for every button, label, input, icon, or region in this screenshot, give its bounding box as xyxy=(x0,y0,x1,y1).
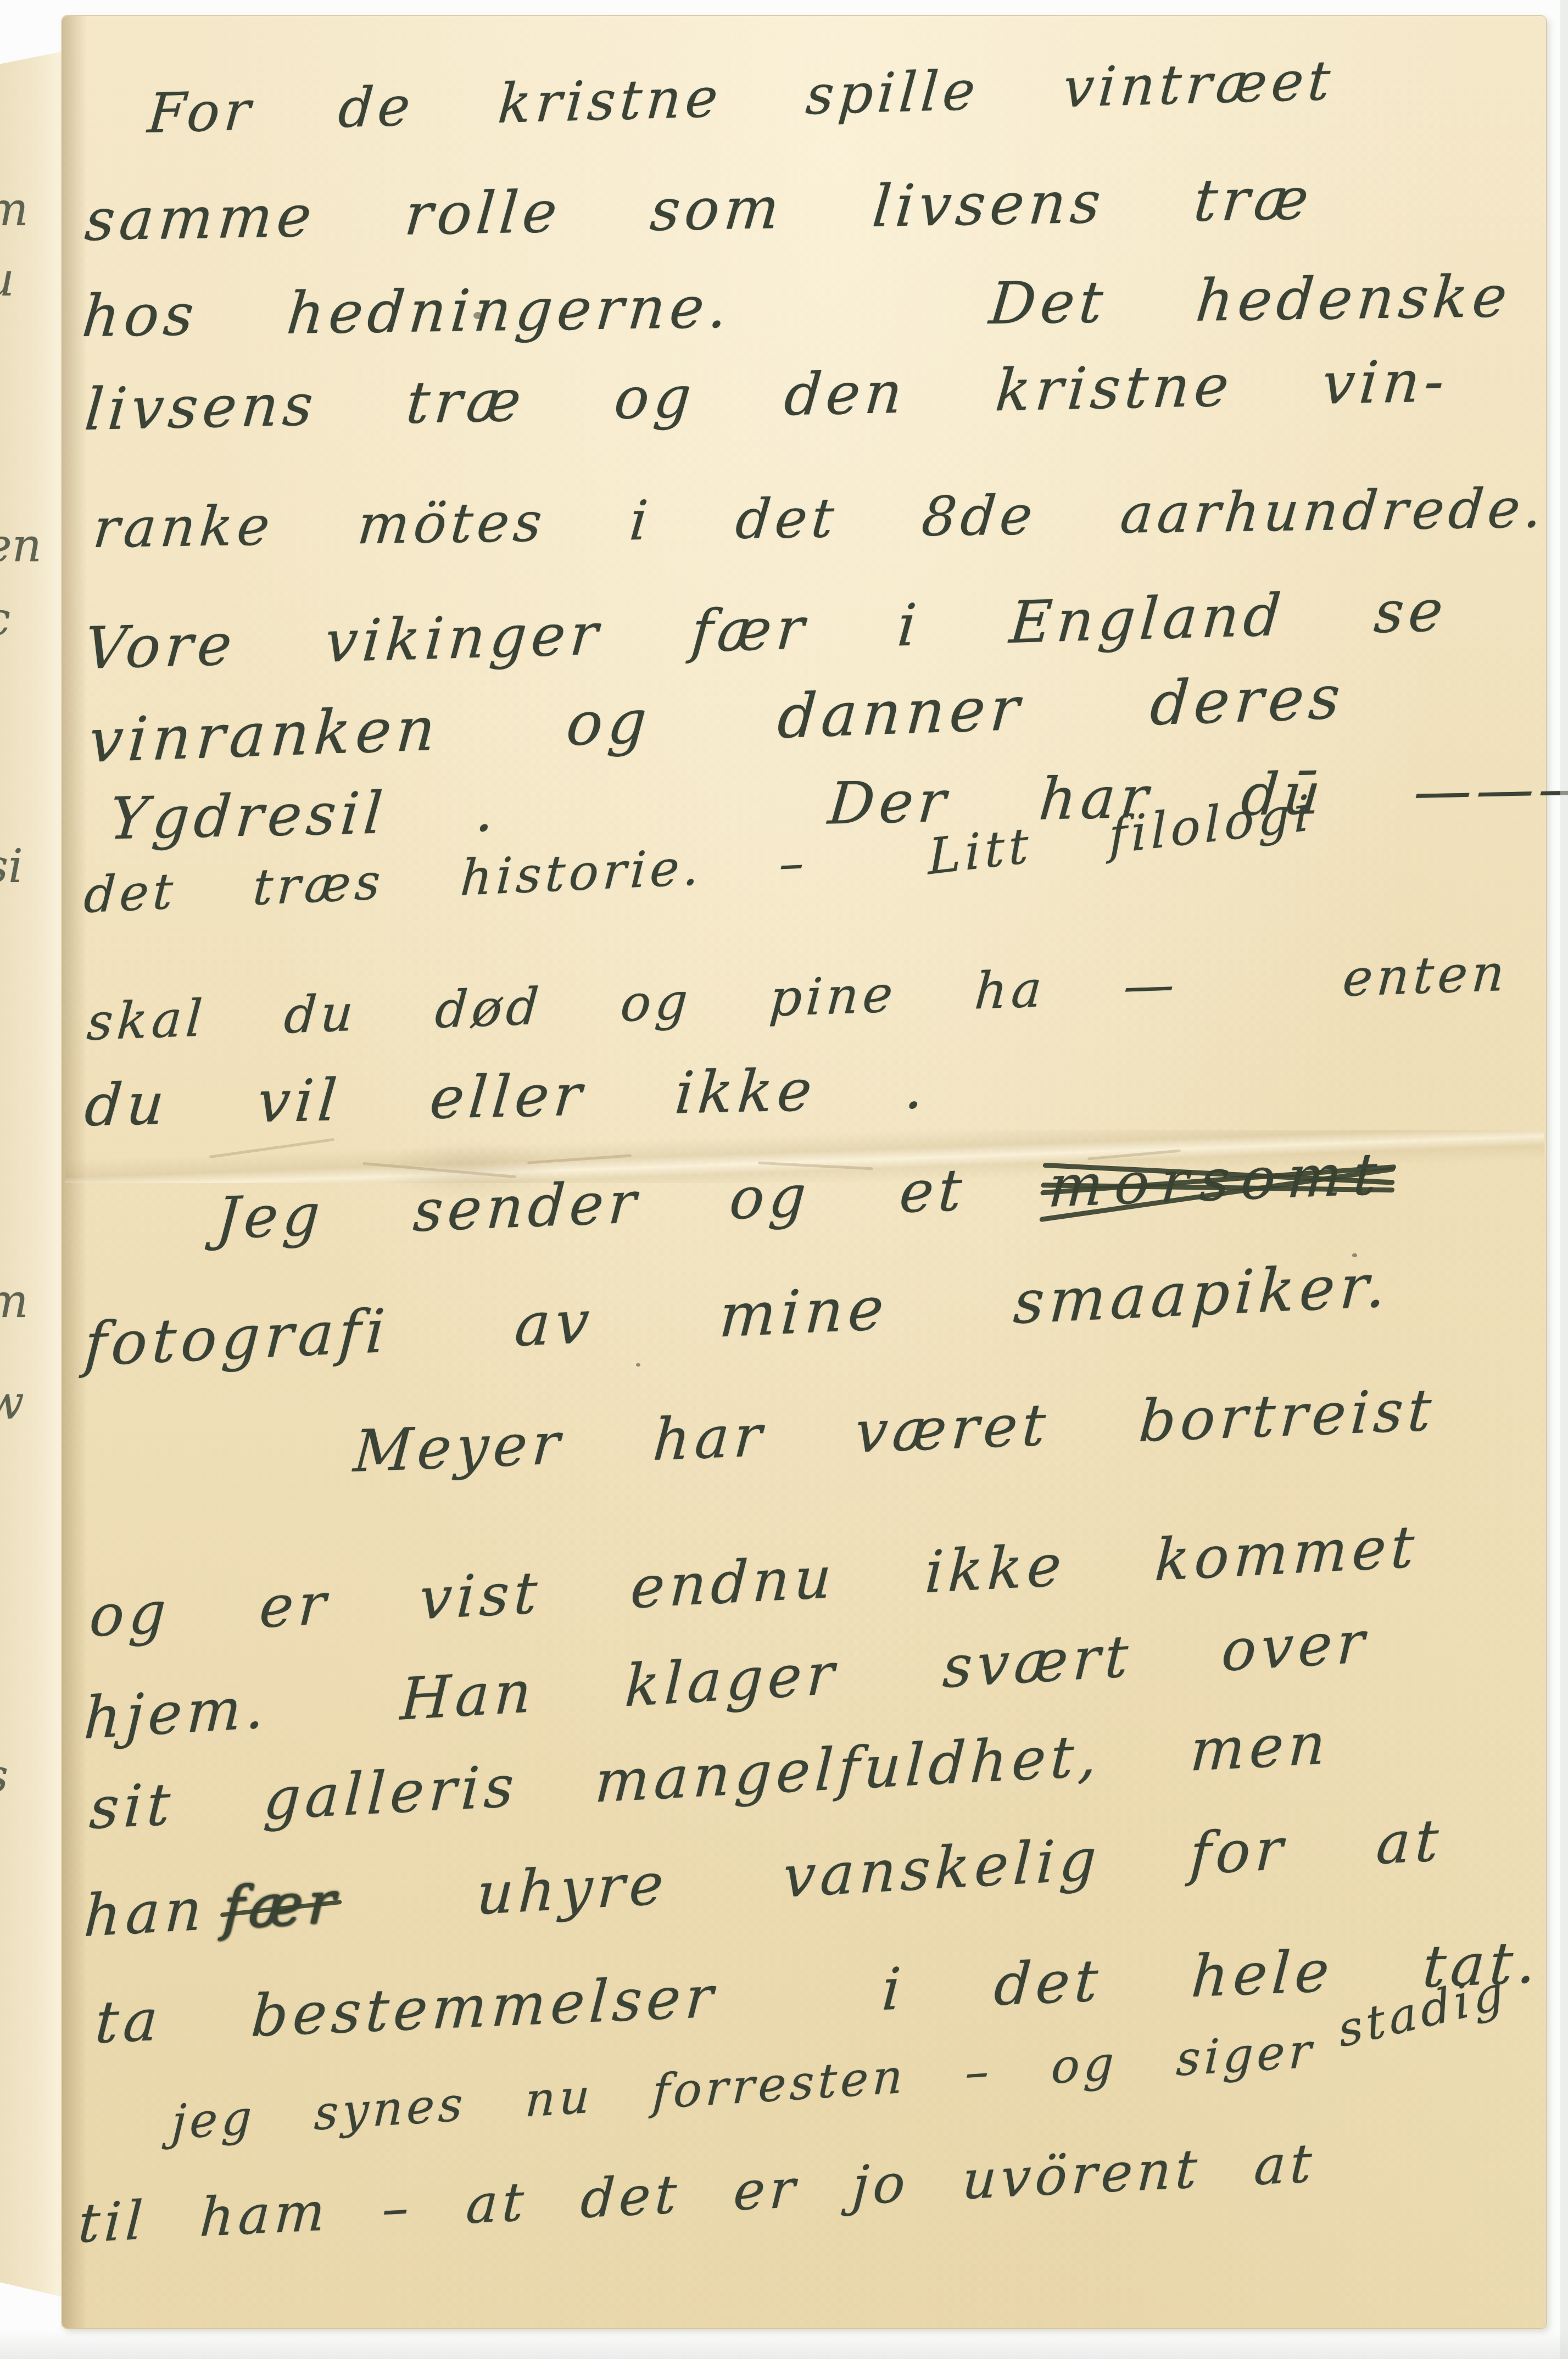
adjacent-page-ink-fragment: u xyxy=(0,253,14,306)
adjacent-page-ink-fragment: s xyxy=(0,1749,8,1803)
adjacent-page-ink-fragment: m xyxy=(0,182,29,236)
blot-stroke xyxy=(220,1900,342,1917)
adjacent-page-ink-fragment: si xyxy=(0,839,23,893)
scanner-edge-shadow-bottom xyxy=(0,2330,1568,2359)
scanner-edge-shadow-right xyxy=(1560,0,1568,2359)
adjacent-page-ink-fragment: w xyxy=(0,1375,24,1429)
handwriting-segment: enten xyxy=(1341,943,1510,1008)
handwriting-segment: Det hedenske xyxy=(987,263,1515,337)
handwriting-segment: Ygdresil . xyxy=(107,777,502,852)
adjacent-page-ink-fragment: m xyxy=(0,1274,29,1328)
handwriting-segment: hos hedningerne. xyxy=(80,274,735,350)
letter-scan: mujencsimwjs For de kristne spille vintr… xyxy=(0,0,1568,2359)
ink-blotted-word: fær xyxy=(221,1868,342,1942)
handwriting-segment: hjem. xyxy=(82,1674,270,1752)
adjacent-page-ink-fragment: en xyxy=(0,518,42,572)
adjacent-page-edge: mujencsimwjs xyxy=(0,51,67,2298)
handwriting-segment: han xyxy=(82,1876,208,1950)
handwriting-segment: uhyre xyxy=(475,1850,669,1928)
scribbled-out-word: morsomt xyxy=(1046,1140,1391,1220)
adjacent-page-ink-fragment: c xyxy=(0,592,10,646)
ink-speck xyxy=(636,1363,640,1367)
